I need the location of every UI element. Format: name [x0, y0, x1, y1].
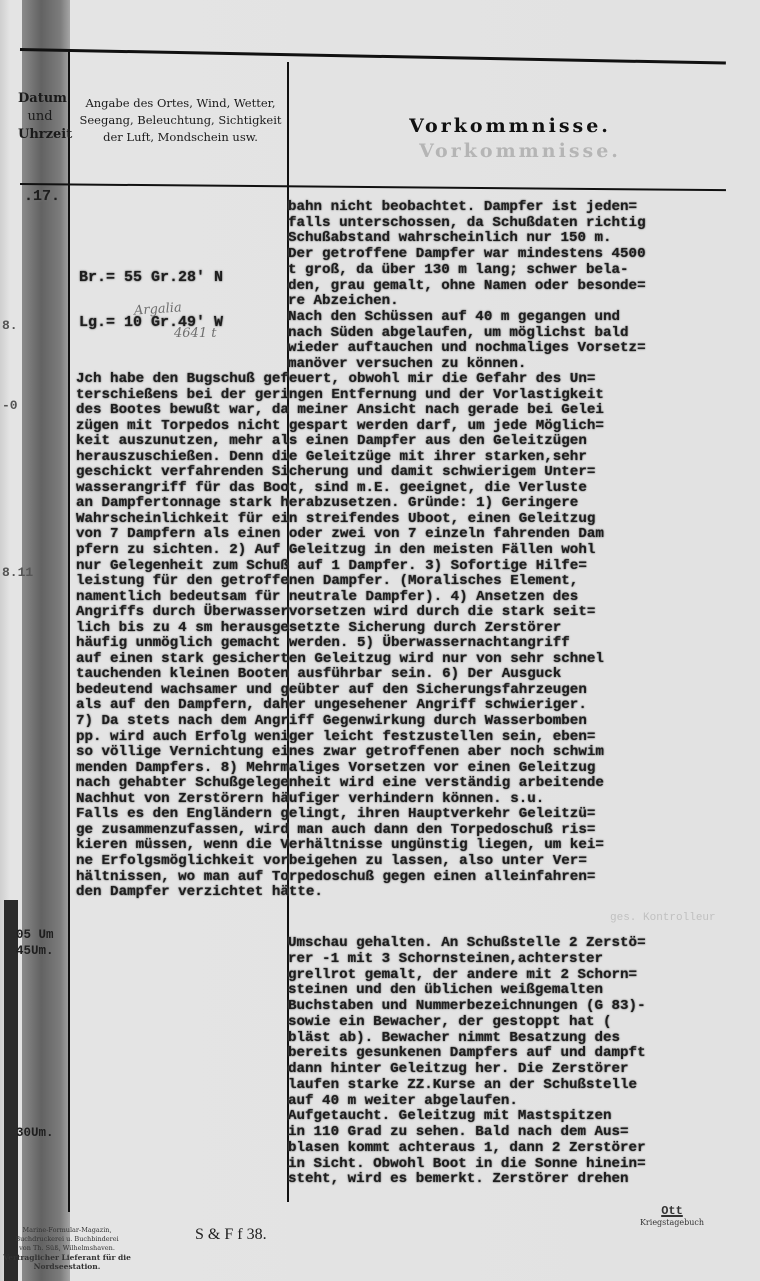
time-entry: 30Um.: [16, 1126, 54, 1140]
header-location-line: Seegang, Beleuchtung, Sichtigkeit: [78, 112, 283, 129]
text-line: Falls es den Engländern gelingt, ihren H…: [76, 807, 604, 823]
text-line: von 7 Dampfern als einen oder zwei von 7…: [76, 527, 604, 543]
header-location-weather: Angabe des Ortes, Wind, Wetter, Seegang,…: [78, 95, 283, 146]
entry-date: .17.: [24, 188, 60, 205]
text-line: Nach den Schüssen auf 40 m gegangen und: [288, 310, 646, 326]
text-line: blasen kommt achteraus 1, dann 2 Zerstör…: [288, 1141, 646, 1157]
text-line: so völlige Vernichtung eines zwar getrof…: [76, 745, 604, 761]
printer-line: von Th. Süß, Wilhelmshaven.: [2, 1244, 132, 1253]
text-line: nur Gelegenheit zum Schuß auf 1 Dampfer.…: [76, 559, 604, 575]
text-line: den Dampfer verzichtet hätte.: [76, 885, 604, 901]
text-line: grellrot gemalt, der andere mit 2 Schorn…: [288, 968, 646, 984]
text-line: auf 40 m weiter abgelaufen.: [288, 1094, 646, 1110]
text-line: herauszuschießen. Denn die Geleitzüge mi…: [76, 450, 604, 466]
text-line: nach Süden abgelaufen, um möglichst bald: [288, 326, 646, 342]
text-line: Schußabstand wahrscheinlich nur 150 m.: [288, 231, 646, 247]
handwritten-tonnage: 4641 t: [174, 326, 216, 341]
text-line: kieren müssen, wenn die Verhältnisse ung…: [76, 838, 604, 854]
text-line: bläst ab). Bewacher nimmt Besatzung des: [288, 1031, 646, 1047]
text-line: re Abzeichen.: [288, 294, 646, 310]
events-text-block-2: Umschau gehalten. An Schußstelle 2 Zerst…: [288, 936, 646, 1188]
stamp-mark: Ott: [632, 1204, 712, 1218]
text-line: nach gehabter Schußgelegenheit wird eine…: [76, 776, 604, 792]
text-line: des Bootes bewußt war, da meiner Ansicht…: [76, 403, 604, 419]
header-location-line: Angabe des Ortes, Wind, Wetter,: [78, 95, 283, 112]
kriegstagebuch-stamp: Ott Kriegstagebuch: [632, 1204, 712, 1227]
header-events-bleedthrough: Vorkommnisse.: [300, 140, 740, 162]
text-line: keit auszunutzen, mehr als einen Dampfer…: [76, 434, 604, 450]
form-code: S & F f 38.: [195, 1226, 267, 1244]
text-line: steht, wird es bemerkt. Zerstörer drehen: [288, 1172, 646, 1188]
text-line: pfern zu sichten. 2) Auf Geleitzug in de…: [76, 543, 604, 559]
text-line: menden Dampfers. 8) Mehrmaliges Vorsetze…: [76, 761, 604, 777]
text-line: rer -1 mit 3 Schornsteinen,achterster: [288, 952, 646, 968]
edge-fragment: 8.11: [2, 565, 33, 580]
text-line: den, grau gemalt, ohne Namen oder besond…: [288, 279, 646, 295]
text-line: Jch habe den Bugschuß gefeuert, obwohl m…: [76, 372, 604, 388]
text-line: Der getroffene Dampfer war mindestens 45…: [288, 247, 646, 263]
latitude: Br.= 55 Gr.28' N: [79, 270, 223, 285]
printer-imprint: Marine-Formular-Magazin, Buchdruckerei u…: [2, 1226, 132, 1271]
text-line: leistung für den getroffenen Dampfer. (M…: [76, 574, 604, 590]
printer-line: Vertraglicher Lieferant für die Nordsees…: [2, 1253, 132, 1271]
time-entry: 45Um.: [16, 944, 54, 958]
text-line: Umschau gehalten. An Schußstelle 2 Zerst…: [288, 936, 646, 952]
text-line: als auf den Dampfern, daher ungesehener …: [76, 698, 604, 714]
header-date-label: Datum: [18, 90, 62, 108]
text-line: terschießens bei der geringen Entfernung…: [76, 388, 604, 404]
bleedthrough-text: ges. Kontrolleur: [610, 912, 716, 924]
text-line: sowie ein Bewacher, der gestoppt hat (: [288, 1015, 646, 1031]
text-line: laufen starke ZZ.Kurse an der Schußstell…: [288, 1078, 646, 1094]
header-time-label: Uhrzeit: [18, 126, 62, 144]
events-text-block-1: bahn nicht beobachtet. Dampfer ist jeden…: [288, 200, 646, 373]
column-divider-1: [68, 52, 70, 1212]
text-line: an Dampfertonnage stark herabzusetzen. G…: [76, 496, 604, 512]
logbook-page: Datum und Uhrzeit Angabe des Ortes, Wind…: [0, 0, 760, 1281]
header-and-label: und: [18, 108, 62, 126]
text-line: in 110 Grad zu sehen. Bald nach dem Aus=: [288, 1125, 646, 1141]
text-line: steinen und den üblichen weißgemalten: [288, 983, 646, 999]
position-coordinates: Br.= 55 Gr.28' N Lg.= 10 Gr.49' W: [79, 240, 223, 360]
printer-line: Marine-Formular-Magazin, Buchdruckerei u…: [2, 1226, 132, 1244]
header-location-line: der Luft, Mondschein usw.: [78, 129, 283, 146]
top-rule: [20, 48, 726, 65]
text-line: dann hinter Geleitzug her. Die Zerstörer: [288, 1062, 646, 1078]
text-line: Aufgetaucht. Geleitzug mit Mastspitzen: [288, 1109, 646, 1125]
text-line: 7) Da stets nach dem Angriff Gegenwirkun…: [76, 714, 604, 730]
edge-fragment: 8.: [2, 318, 18, 333]
text-line: wieder auftauchen und nochmaliges Vorset…: [288, 341, 646, 357]
text-line: in Sicht. Obwohl Boot in die Sonne hinei…: [288, 1157, 646, 1173]
text-line: bereits gesunkenen Dampfers auf und damp…: [288, 1046, 646, 1062]
header-events: Vorkommnisse.: [290, 115, 730, 137]
text-line: lich bis zu 4 sm herausgesetzte Sicherun…: [76, 621, 604, 637]
text-line: häufig unmöglich gemacht werden. 5) Über…: [76, 636, 604, 652]
header-date-time: Datum und Uhrzeit: [18, 90, 62, 144]
commander-assessment-paragraph: Jch habe den Bugschuß gefeuert, obwohl m…: [76, 372, 604, 901]
text-line: tauchenden kleinen Booten ausführbar sei…: [76, 667, 604, 683]
text-line: hältnissen, wo man auf Torpedoschuß gege…: [76, 870, 604, 886]
text-line: t groß, da über 130 m lang; schwer bela-: [288, 263, 646, 279]
text-line: geschickt verfahrenden Sicherung und dam…: [76, 465, 604, 481]
time-entry: 05 Um: [16, 928, 54, 942]
text-line: Nachhut von Zerstörern häufiger verhinde…: [76, 792, 604, 808]
header-bottom-rule: [20, 183, 726, 191]
text-line: zügen mit Torpedos nicht gespart werden …: [76, 419, 604, 435]
text-line: pp. wird auch Erfolg weniger leicht fest…: [76, 730, 604, 746]
text-line: bahn nicht beobachtet. Dampfer ist jeden…: [288, 200, 646, 216]
text-line: ne Erfolgsmöglichkeit vorbeigehen zu las…: [76, 854, 604, 870]
text-line: Angriffs durch Überwasservorsetzen wird …: [76, 605, 604, 621]
stamp-label: Kriegstagebuch: [640, 1218, 704, 1227]
text-line: namentlich bedeutsam für neutrale Dampfe…: [76, 590, 604, 606]
edge-fragment: -0: [2, 398, 18, 413]
text-line: Buchstaben und Nummerbezeichnungen (G 83…: [288, 999, 646, 1015]
